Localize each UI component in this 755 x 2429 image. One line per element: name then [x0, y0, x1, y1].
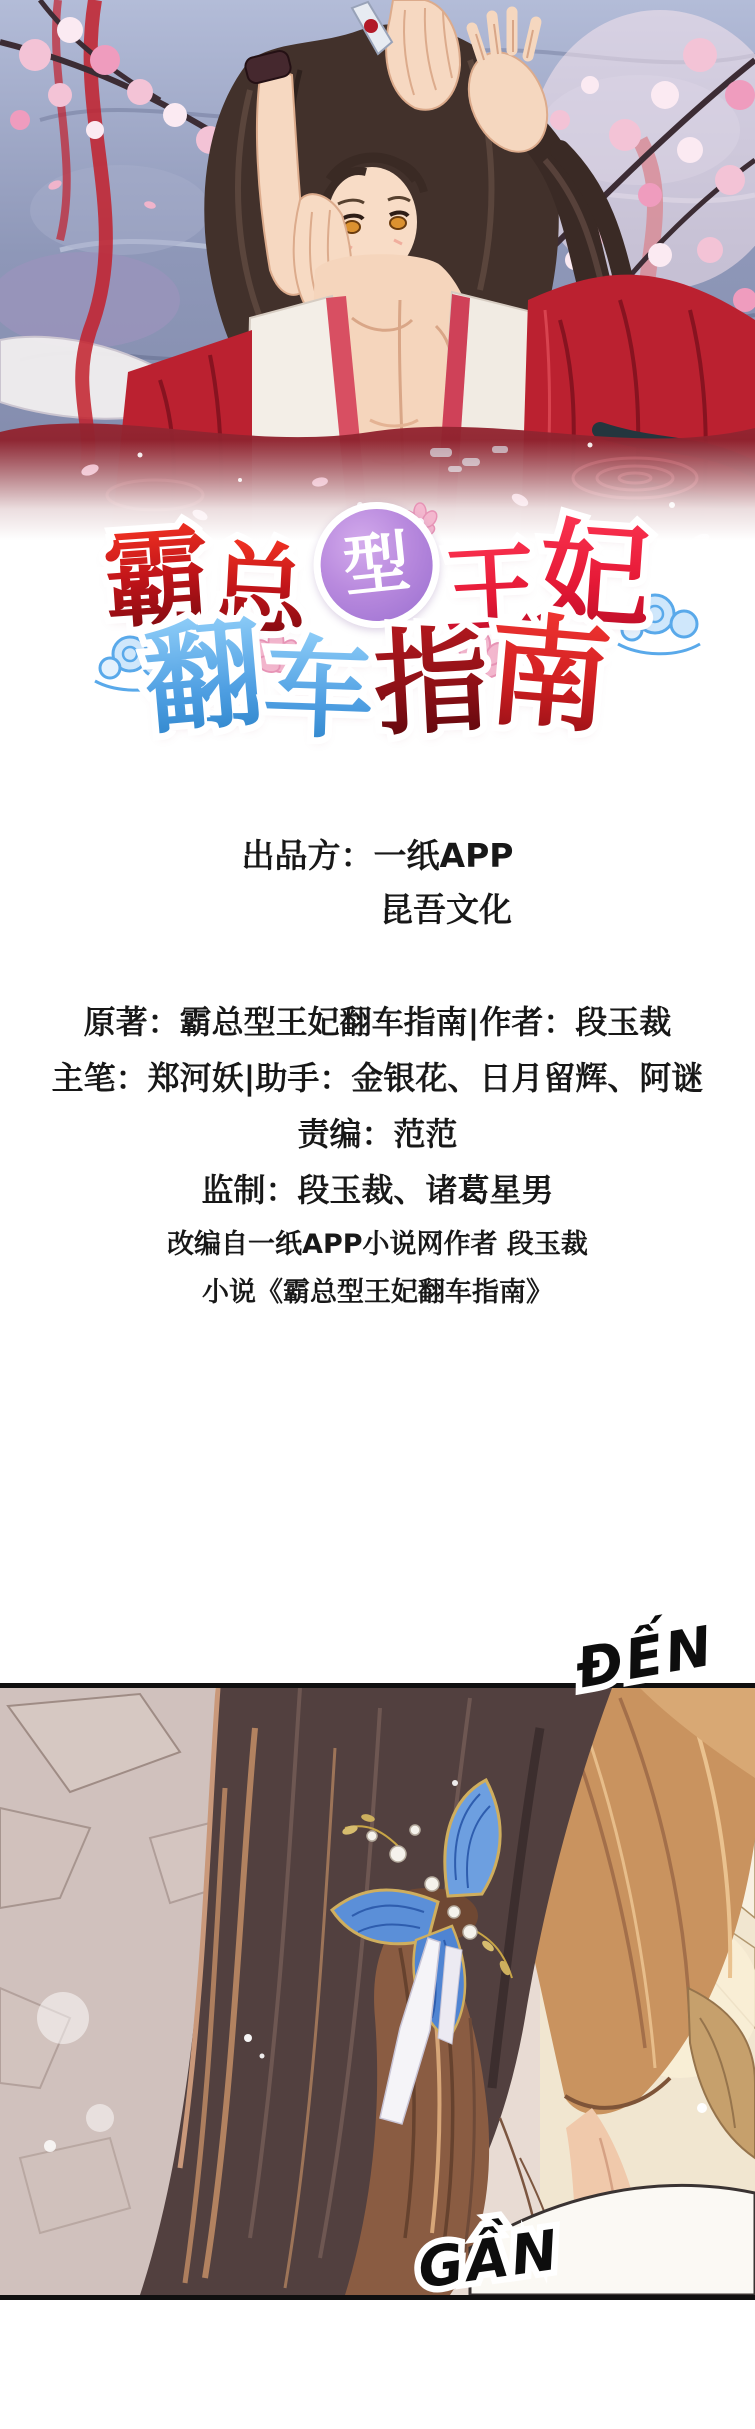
- title-line-1: 霸 霸 总 总 型 型 王 王 妃 妃: [0, 496, 755, 632]
- story-panel: [0, 1688, 755, 2295]
- credit-novel-line: 小说《霸总型王妃翻车指南》: [0, 1270, 755, 1309]
- comic-page: 霸 霸 总 总 型 型 王 王 妃 妃 翻 翻 车 车 指: [0, 0, 755, 2429]
- title-char: 南 南: [482, 609, 614, 741]
- credit-editor-line: 责编：范范: [0, 1109, 755, 1155]
- panel-border-bottom: [0, 2295, 755, 2300]
- title-char: 车 车: [261, 632, 375, 746]
- credit-adaptation-line: 改编自一纸APP小说网作者 段玉裁: [0, 1222, 755, 1261]
- story-panel-art: [0, 1688, 755, 2295]
- credit-artist-line: 主笔：郑河妖|助手：金银花、日月留辉、阿谜: [0, 1053, 755, 1099]
- cover-illustration-art: [0, 0, 755, 565]
- series-title-logo: 霸 霸 总 总 型 型 王 王 妃 妃 翻 翻 车 车 指: [0, 496, 755, 736]
- credit-original-work-line: 原著：霸总型王妃翻车指南|作者：段玉裁: [0, 997, 755, 1043]
- title-char: 指 指: [371, 623, 491, 743]
- credit-supervisor-line: 监制：段玉裁、诸葛星男: [0, 1165, 755, 1211]
- credit-publisher-line: 出品方：一纸APP: [0, 830, 755, 877]
- title-line-2: 翻 翻 车 车 指 指 南 南: [0, 614, 755, 736]
- cover-illustration: [0, 0, 755, 565]
- credit-publisher-line-2: 昆吾文化: [380, 884, 512, 931]
- title-char: 翻 翻: [141, 613, 269, 741]
